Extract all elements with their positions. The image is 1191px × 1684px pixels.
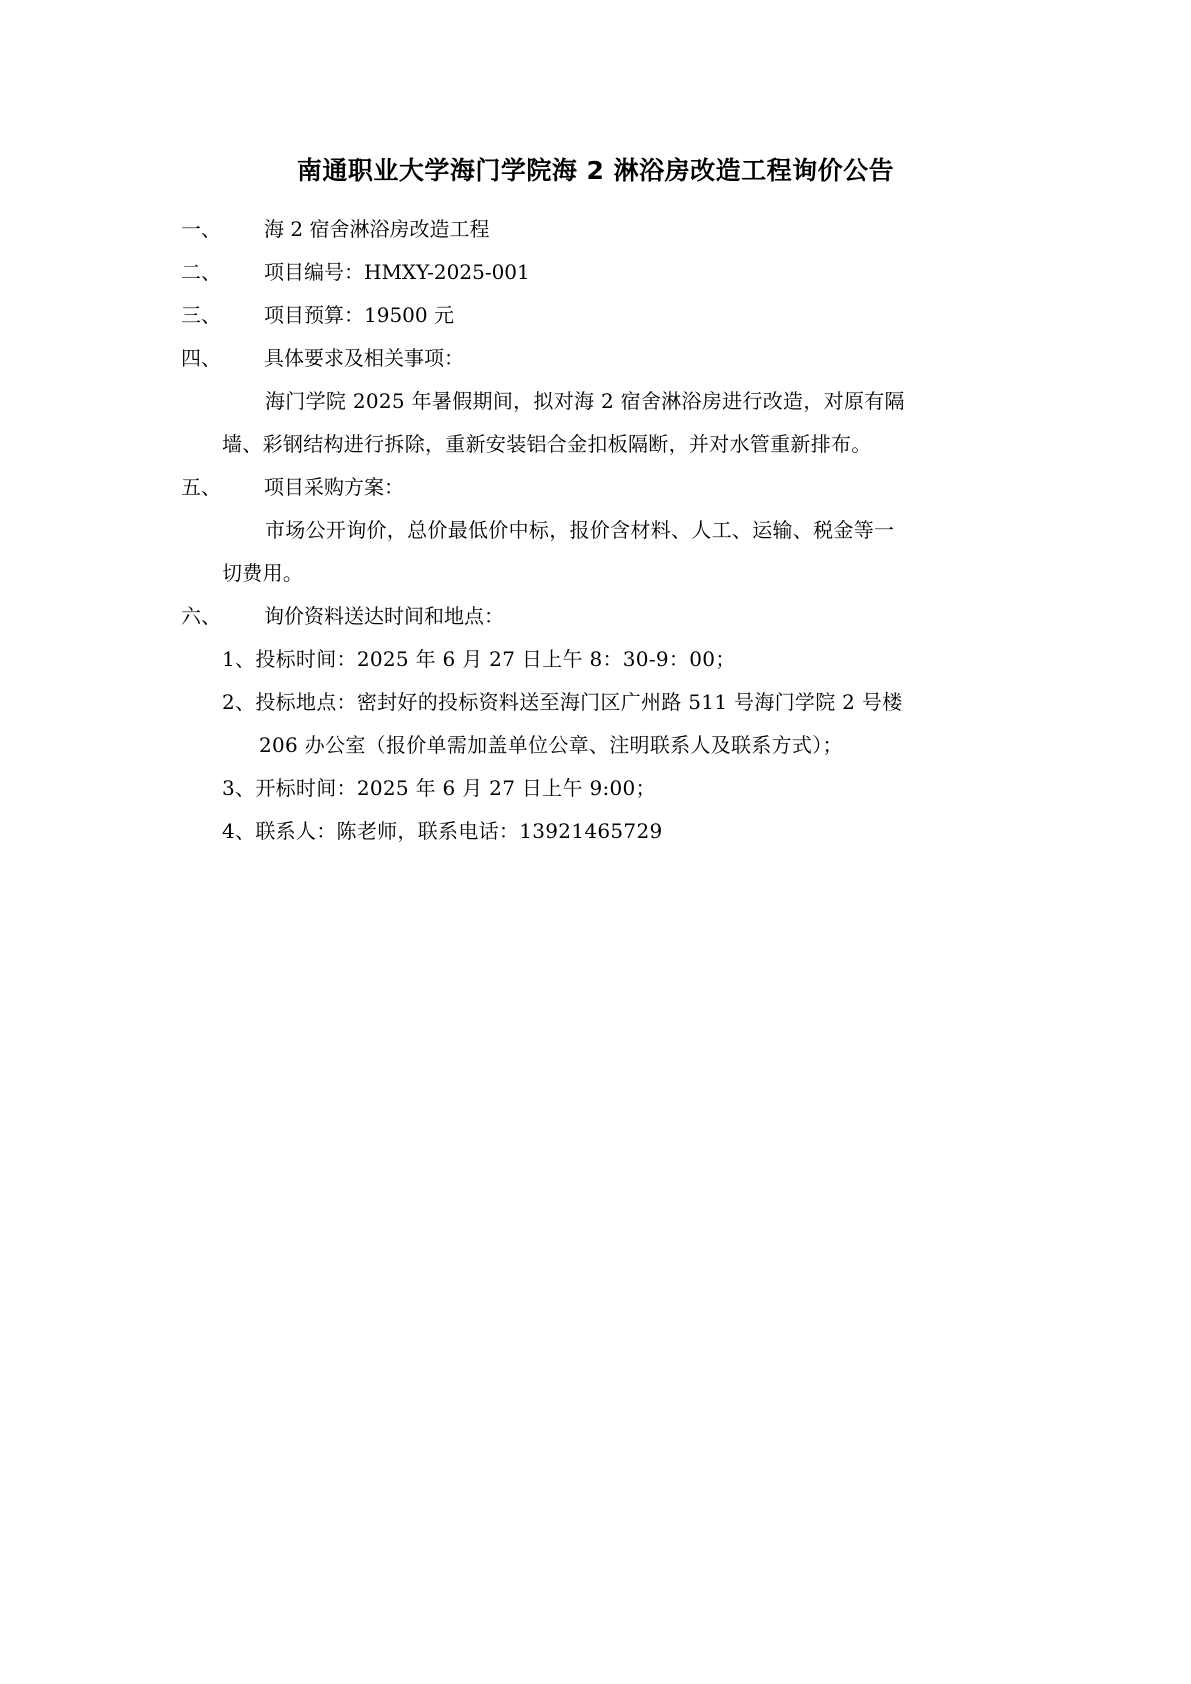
section-number: 一、 [181, 215, 221, 243]
section-number: 三、 [181, 301, 221, 329]
section-heading: 海 2 宿舍淋浴房改造工程 [264, 215, 489, 243]
section-heading: 询价资料送达时间和地点： [264, 602, 504, 630]
procurement-paragraph-line: 切费用。 [222, 559, 303, 587]
document-page: 南通职业大学海门学院海 2 淋浴房改造工程询价公告 一、 海 2 宿舍淋浴房改造… [0, 0, 1191, 1684]
section-number: 四、 [181, 344, 221, 372]
bid-location-item: 2、投标地点：密封好的投标资料送至海门区广州路 511 号海门学院 2 号楼 [222, 688, 902, 716]
requirements-paragraph-line: 海门学院 2025 年暑假期间，拟对海 2 宿舍淋浴房进行改造，对原有隔 [265, 387, 905, 415]
section-heading: 项目采购方案： [264, 473, 404, 501]
bid-location-item-continued: 206 办公室（报价单需加盖单位公章、注明联系人及联系方式）； [259, 731, 843, 759]
section-heading: 具体要求及相关事项： [264, 344, 464, 372]
contact-item: 4、联系人：陈老师，联系电话：13921465729 [222, 817, 663, 845]
project-number: 项目编号：HMXY-2025-001 [264, 258, 530, 286]
document-title: 南通职业大学海门学院海 2 淋浴房改造工程询价公告 [0, 154, 1191, 188]
procurement-paragraph-line: 市场公开询价，总价最低价中标，报价含材料、人工、运输、税金等一 [265, 516, 894, 544]
project-budget: 项目预算：19500 元 [264, 301, 454, 329]
section-number: 二、 [181, 258, 221, 286]
section-number: 五、 [181, 473, 221, 501]
requirements-paragraph-line: 墙、彩钢结构进行拆除，重新安装铝合金扣板隔断，并对水管重新排布。 [222, 430, 872, 458]
bid-opening-time-item: 3、开标时间：2025 年 6 月 27 日上午 9:00； [222, 774, 656, 802]
section-number: 六、 [181, 602, 221, 630]
bid-time-item: 1、投标时间：2025 年 6 月 27 日上午 8：30-9：00； [222, 645, 736, 673]
